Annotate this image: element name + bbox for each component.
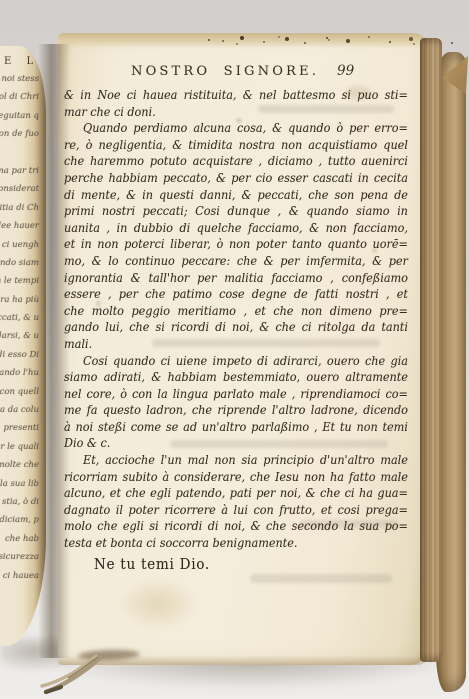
text-line: re, ò negligentia, & timidita nostra non… bbox=[64, 137, 408, 154]
left-page-text-fragment-line: molte che bbox=[0, 456, 41, 474]
book-fore-edge bbox=[420, 38, 442, 662]
text-line: nel core, ò con la lingua parlato male ,… bbox=[64, 386, 408, 403]
left-page-running-title-fragment: E L bbox=[4, 56, 39, 67]
text-line: che haremmo potuto acquistare , diciamo … bbox=[64, 153, 408, 170]
text-line: à noi steßi come se ad un'altro parlaßim… bbox=[64, 419, 408, 436]
text-line: Quando perdiamo alcuna cosa, & quando ò … bbox=[64, 120, 408, 137]
text-line: siamo adirati, & habbiam bestemmiato, ou… bbox=[64, 369, 408, 386]
left-page-text-fragment-line: a sia sol di Chri bbox=[0, 88, 41, 106]
left-page-text-fragment-line: quando siam bbox=[0, 254, 41, 272]
left-page-text-fragment-line: ci hauea bbox=[0, 567, 41, 585]
left-page-text-fragment-line: che hab bbox=[0, 530, 41, 548]
text-line: mar che ci doni. bbox=[64, 104, 408, 121]
left-page-text-fragment-line: er le quali bbox=[0, 438, 41, 456]
text-line: & in Noe ci hauea ristituita, & nel batt… bbox=[64, 87, 408, 104]
text-line: Et, accioche l'un mal non sia principio … bbox=[64, 452, 408, 469]
text-line: Cosi quando ci uiene impeto di adirarci,… bbox=[64, 353, 408, 370]
left-page-text-fragment-line: a la sua lib bbox=[0, 475, 41, 493]
text-line: alcuno, et che egli patendo, pati per no… bbox=[64, 485, 408, 502]
left-page-text-fragment-line: quando l'hu bbox=[0, 364, 41, 382]
edge-speckles bbox=[208, 39, 210, 41]
left-page-text-fragment-line: ra da colu bbox=[0, 401, 41, 419]
page-top-edge bbox=[58, 33, 428, 48]
text-line: di mente, & in questi danni, & peccati, … bbox=[64, 187, 408, 204]
text-line: ignorantia & tall'hor per malitia faccia… bbox=[64, 270, 408, 287]
left-page-text-fragment-line: esto ci uengh bbox=[0, 236, 41, 254]
left-page-text-fragment-line: non seguitan q bbox=[0, 107, 41, 125]
left-page-text-fragment-line: r con quell bbox=[0, 383, 41, 401]
text-line: testa et bonta ci soccorra benignamente. bbox=[64, 535, 408, 552]
text-line: molo che egli si ricordi di noi, & che s… bbox=[64, 518, 408, 535]
text-line: dagnato il poter ricorrere à lui con fru… bbox=[64, 502, 408, 519]
left-page-text-fragment-line: fidarsi, & u bbox=[0, 327, 41, 345]
left-page-text-fragment-line: gan le tempi bbox=[0, 272, 41, 290]
text-line: perche habbiam peccato, & per cio esser … bbox=[64, 170, 408, 187]
body-text: & in Noe ci hauea ristituita, & nel batt… bbox=[64, 87, 408, 574]
running-title: NOSTRO SIGNORE. bbox=[131, 64, 319, 79]
left-page-text-fragment-line: o, ma par tri bbox=[0, 162, 41, 180]
text-line: me fa questo ladron, che riprende l'altr… bbox=[64, 402, 408, 419]
vellum-tie bbox=[38, 648, 110, 698]
text-line: uanita , in dubbio di quelche facciamo, … bbox=[64, 220, 408, 237]
text-line: ricorriam subito à considerare, che Iesu… bbox=[64, 469, 408, 486]
left-page-text-fragment-line: sicurezza bbox=[0, 548, 41, 566]
ink-showthrough bbox=[250, 574, 392, 583]
body-text-lines: & in Noe ci hauea ristituita, & nel batt… bbox=[64, 87, 408, 552]
left-page-text-fragment-line: na considerat bbox=[0, 180, 41, 198]
left-page-text-fragment-line: iustitia di Ch bbox=[0, 199, 41, 217]
text-line: mali. bbox=[64, 336, 408, 353]
page-number: 99 bbox=[337, 63, 354, 79]
left-page-text-fragment-line: diciam, p bbox=[0, 511, 41, 529]
left-page-text-fragments: ppo à noi stessa sia sol di Chrinon segu… bbox=[0, 70, 41, 585]
left-page-text-fragment-line: presenti bbox=[0, 419, 41, 437]
left-page-text-fragment-line: & dee hauer bbox=[0, 217, 41, 235]
text-line: essere , per che patimo cose degne de fa… bbox=[64, 286, 408, 303]
left-page-text-fragment-line bbox=[0, 144, 41, 162]
left-page-text-fragment-line: ppo à noi stess bbox=[0, 70, 41, 88]
text-line: Dio & c. bbox=[64, 435, 408, 452]
text-line: che molto peggio meritiamo , et che non … bbox=[64, 303, 408, 320]
left-page-text-fragment-line: stia, ò di bbox=[0, 493, 41, 511]
text-line: primi nostri peccati; Cosi dunque , & qu… bbox=[64, 203, 408, 220]
text-line: et in non poterci liberar, ò non poter t… bbox=[64, 236, 408, 253]
page-stain bbox=[118, 578, 198, 630]
left-page-text-fragment-line: ta di esso Di bbox=[0, 346, 41, 364]
text-line: gando lui, che si ricordi di noi, & che … bbox=[64, 319, 408, 336]
left-page-text-fragment-line: ra ha più bbox=[0, 291, 41, 309]
left-page-text-fragment-line: ssion de fuo bbox=[0, 125, 41, 143]
left-page-text-fragment-line: peccati, & u bbox=[0, 309, 41, 327]
book-photograph: E L ppo à noi stessa sia sol di Chrinon … bbox=[0, 0, 469, 699]
closing-line: Ne tu temi Dio. bbox=[64, 554, 408, 574]
text-line: mo, & lo continuo peccare: che & per imf… bbox=[64, 253, 408, 270]
